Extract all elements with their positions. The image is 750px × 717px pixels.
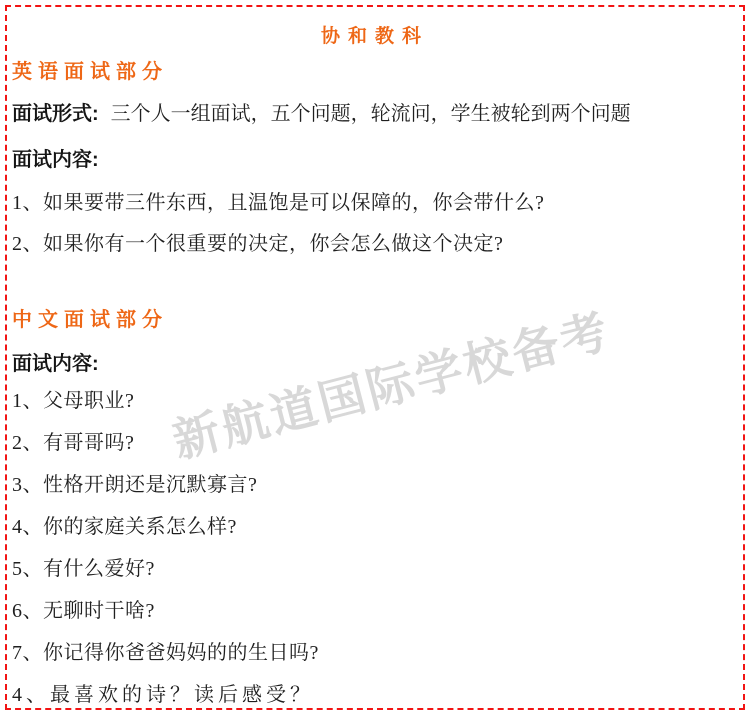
interview-format-line: 面试形式:三个人一组面试，五个问题，轮流问，学生被轮到两个问题 [12, 97, 631, 126]
chinese-content-label: 面试内容: [12, 347, 99, 376]
interview-format-label: 面试形式: [12, 103, 99, 125]
chinese-question-5: 5、有什么爱好? [12, 552, 155, 581]
chinese-question-3: 3、性格开朗还是沉默寡言? [12, 468, 257, 497]
english-question-1: 1、如果要带三件东西，且温饱是可以保障的，你会带什么? [12, 186, 544, 215]
interview-format-text: 三个人一组面试，五个问题，轮流问，学生被轮到两个问题 [111, 103, 631, 125]
chinese-section-heading: 中文面试部分 [12, 303, 168, 332]
chinese-question-6: 6、无聊时干啥? [12, 594, 155, 623]
page-title: 协和教科 [0, 21, 750, 48]
chinese-question-2: 2、有哥哥吗? [12, 426, 134, 455]
chinese-question-7: 7、你记得你爸爸妈妈的的生日吗? [12, 636, 319, 665]
chinese-question-4: 4、你的家庭关系怎么样? [12, 510, 237, 539]
document-page: 新航道国际学校备考 协和教科 英语面试部分 面试形式:三个人一组面试，五个问题，… [0, 0, 750, 717]
english-content-label: 面试内容: [12, 143, 99, 172]
chinese-question-8: 4、最喜欢的诗？读后感受？ [12, 678, 314, 707]
english-section-heading: 英语面试部分 [12, 55, 168, 84]
chinese-question-1: 1、父母职业? [12, 384, 134, 413]
watermark-text: 新航道国际学校备考 [165, 294, 617, 472]
english-question-2: 2、如果你有一个很重要的决定，你会怎么做这个决定? [12, 227, 503, 256]
